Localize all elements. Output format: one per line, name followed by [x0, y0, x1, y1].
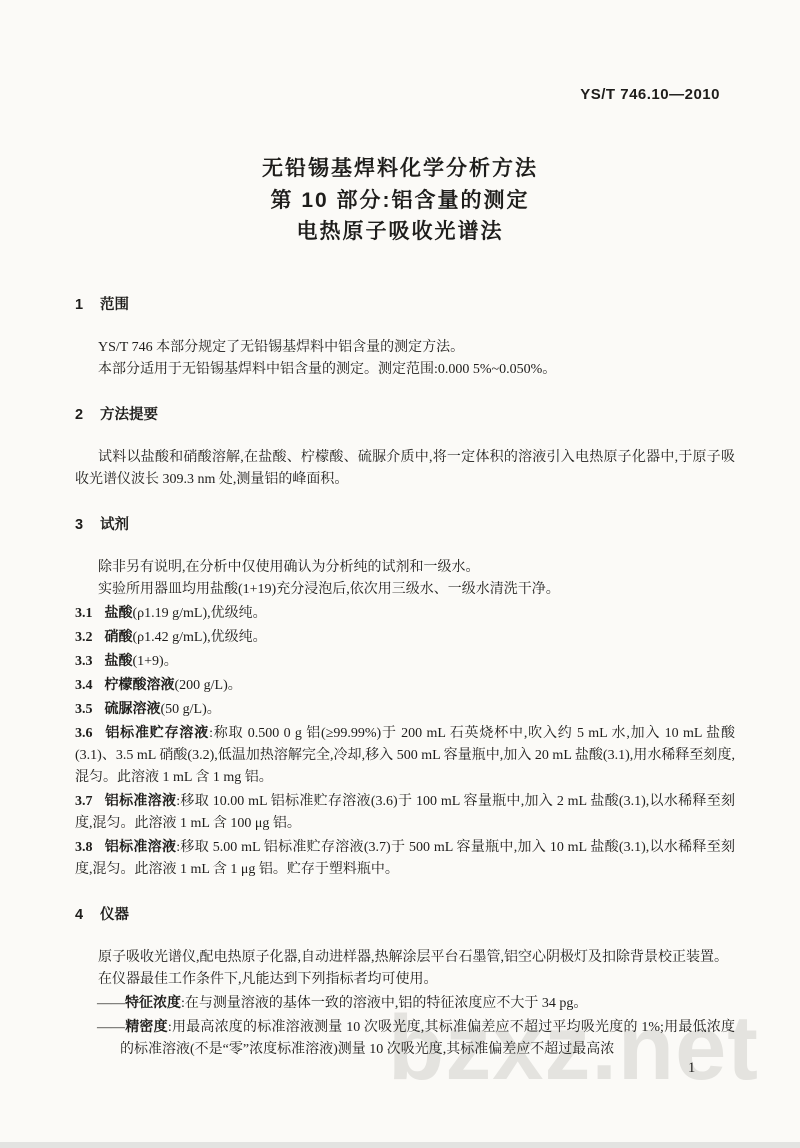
section-title: 试剂	[100, 517, 129, 533]
reagent-desc: (ρ1.42 g/mL),优级纯。	[133, 630, 267, 645]
clause-number: 3.4	[75, 678, 93, 693]
indicator-precision: ——精密度:用最高浓度的标准溶液测量 10 次吸光度,其标准偏差应不超过平均吸光…	[120, 1015, 735, 1061]
reagent-desc: (ρ1.19 g/mL),优级纯。	[133, 606, 267, 621]
paragraph: 在仪器最佳工作条件下,凡能达到下列指标者均可使用。	[75, 969, 735, 991]
section-number: 4	[75, 904, 88, 926]
reagent-item-3-8: 3.8铝标准溶液:移取 5.00 mL 铝标准贮存溶液(3.7)于 500 mL…	[75, 835, 735, 881]
paragraph: 原子吸收光谱仪,配电热原子化器,自动进样器,热解涂层平台石墨管,铝空心阴极灯及扣…	[75, 947, 735, 969]
scan-bottom-edge	[0, 1142, 800, 1148]
clause-number: 3.6	[75, 726, 93, 741]
section-number: 3	[75, 514, 88, 536]
page-number: 1	[688, 1060, 695, 1077]
indicator-desc: :用最高浓度的标准溶液测量 10 次吸光度,其标准偏差应不超过平均吸光度的 1%…	[120, 1020, 735, 1057]
document-body: 1范围 YS/T 746 本部分规定了无铅锡基焊料中铝含量的测定方法。 本部分适…	[75, 294, 735, 1061]
reagent-name: 铝标准贮存溶液	[105, 724, 210, 740]
clause-number: 3.1	[75, 606, 93, 621]
section-method-summary: 2方法提要 试料以盐酸和硝酸溶解,在盐酸、柠檬酸、硫脲介质中,将一定体积的溶液引…	[75, 404, 735, 491]
paragraph: 实验所用器皿均用盐酸(1+19)充分浸泡后,依次用三级水、一级水清洗干净。	[75, 579, 735, 601]
reagent-desc: (1+9)。	[133, 654, 178, 669]
clause-number: 3.8	[75, 840, 93, 855]
reagent-desc: (50 g/L)。	[161, 702, 221, 717]
section-reagents: 3试剂 除非另有说明,在分析中仅使用确认为分析纯的试剂和一级水。 实验所用器皿均…	[75, 514, 735, 881]
reagent-name: 柠檬酸溶液	[105, 676, 175, 692]
reagent-desc: (200 g/L)。	[175, 678, 242, 693]
reagent-item-3-6: 3.6铝标准贮存溶液:称取 0.500 0 g 铝(≥99.99%)于 200 …	[75, 721, 735, 789]
section-heading: 2方法提要	[75, 404, 735, 426]
reagent-name: 铝标准溶液	[105, 792, 177, 808]
dash: ——	[97, 1020, 125, 1035]
reagent-name: 硫脲溶液	[105, 700, 161, 716]
reagent-item-3-4: 3.4柠檬酸溶液(200 g/L)。	[75, 673, 735, 697]
section-heading: 1范围	[75, 294, 735, 316]
title-line-1: 无铅锡基焊料化学分析方法	[0, 153, 800, 185]
indicator-characteristic-concentration: ——特征浓度:在与测量溶液的基体一致的溶液中,铝的特征浓度应不大于 34 pg。	[120, 991, 735, 1015]
section-scope: 1范围 YS/T 746 本部分规定了无铅锡基焊料中铝含量的测定方法。 本部分适…	[75, 294, 735, 381]
document-title: 无铅锡基焊料化学分析方法 第 10 部分:铝含量的测定 电热原子吸收光谱法	[0, 153, 800, 248]
clause-number: 3.7	[75, 794, 93, 809]
section-title: 方法提要	[100, 407, 158, 423]
paragraph: YS/T 746 本部分规定了无铅锡基焊料中铝含量的测定方法。	[75, 337, 735, 359]
section-title: 仪器	[100, 907, 129, 923]
reagent-item-3-3: 3.3盐酸(1+9)。	[75, 649, 735, 673]
reagent-item-3-1: 3.1盐酸(ρ1.19 g/mL),优级纯。	[75, 601, 735, 625]
paragraph: 除非另有说明,在分析中仅使用确认为分析纯的试剂和一级水。	[75, 557, 735, 579]
indicator-term: 精密度	[125, 1018, 168, 1034]
clause-number: 3.3	[75, 654, 93, 669]
reagent-name: 铝标准溶液	[105, 838, 177, 854]
section-title: 范围	[100, 297, 129, 313]
paragraph: 试料以盐酸和硝酸溶解,在盐酸、柠檬酸、硫脲介质中,将一定体积的溶液引入电热原子化…	[75, 447, 735, 491]
scanned-standard-page: YS/T 746.10—2010 无铅锡基焊料化学分析方法 第 10 部分:铝含…	[0, 0, 800, 1148]
indicator-desc: :在与测量溶液的基体一致的溶液中,铝的特征浓度应不大于 34 pg。	[181, 996, 587, 1011]
reagent-item-3-2: 3.2硝酸(ρ1.42 g/mL),优级纯。	[75, 625, 735, 649]
title-line-2: 第 10 部分:铝含量的测定	[0, 185, 800, 217]
reagent-name: 硝酸	[105, 628, 133, 644]
section-apparatus: 4仪器 原子吸收光谱仪,配电热原子化器,自动进样器,热解涂层平台石墨管,铝空心阴…	[75, 904, 735, 1061]
reagent-item-3-5: 3.5硫脲溶液(50 g/L)。	[75, 697, 735, 721]
section-number: 1	[75, 294, 88, 316]
section-number: 2	[75, 404, 88, 426]
paragraph: 本部分适用于无铅锡基焊料中铝含量的测定。测定范围:0.000 5%~0.050%…	[75, 359, 735, 381]
indicator-term: 特征浓度	[125, 994, 181, 1010]
section-heading: 4仪器	[75, 904, 735, 926]
title-line-3: 电热原子吸收光谱法	[0, 216, 800, 248]
reagent-item-3-7: 3.7铝标准溶液:移取 10.00 mL 铝标准贮存溶液(3.6)于 100 m…	[75, 789, 735, 835]
dash: ——	[97, 996, 125, 1011]
section-heading: 3试剂	[75, 514, 735, 536]
reagent-name: 盐酸	[105, 652, 133, 668]
clause-number: 3.5	[75, 702, 93, 717]
reagent-name: 盐酸	[105, 604, 133, 620]
standard-code: YS/T 746.10—2010	[580, 86, 720, 103]
clause-number: 3.2	[75, 630, 93, 645]
